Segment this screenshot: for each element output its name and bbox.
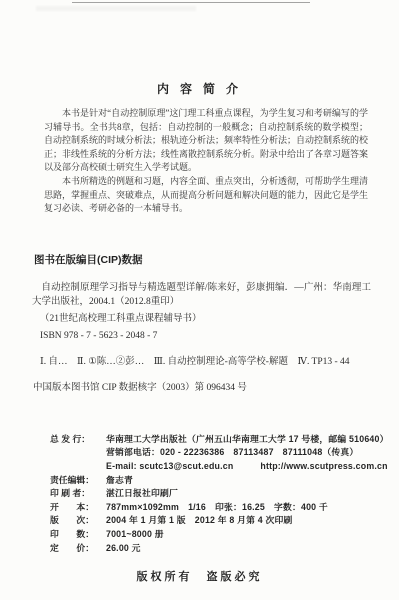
colophon-row-format: 开 本：787mm×1092mm 1/16 印张：16.25 字数：400 千	[50, 501, 399, 515]
cip-entry: 自动控制原理学习指导与精选题型详解/陈来好，彭康拥编．—广州：华南理工大学出版社…	[32, 281, 371, 310]
cip-isbn: ISBN 978 - 7 - 5623 - 2048 - 7	[40, 329, 371, 344]
colophon-value: 詹志青	[106, 475, 133, 485]
scan-artifact-smudge	[36, 6, 196, 11]
colophon-value: 华南理工大学出版社（广州五山华南理工大学 17 号楼，邮编 510640）	[106, 434, 389, 444]
content-summary-paragraph-1: 本书是针对“自动控制原理”这门理工科重点课程，为学生复习和考研编写的学习辅导书。…	[44, 107, 368, 175]
book-copyright-page: 内 容 简 介 本书是针对“自动控制原理”这门理工科重点课程，为学生复习和考研编…	[0, 0, 399, 600]
colophon-value: 营销部电话：020 - 22236386 87113487 87111048（传…	[106, 447, 358, 457]
colophon-label: 定 价：	[50, 542, 106, 556]
colophon-label: 印 数：	[50, 528, 106, 542]
scan-artifact-line	[72, 2, 310, 3]
copyright-notice: 版权所有 盗版必究	[0, 568, 399, 584]
colophon-value: E-mail: scutc13@scut.edu.cn http://www.s…	[106, 461, 388, 471]
cip-classification: Ⅰ. 自… Ⅱ. ①陈…②彭… Ⅲ. 自动控制理论-高等学校-解题 Ⅳ. TP1…	[40, 355, 379, 369]
cip-registry-number: 中国版本图书馆 CIP 数据核字（2003）第 096434 号	[33, 381, 379, 395]
colophon-value: 26.00 元	[106, 543, 141, 553]
colophon-value: 湛江日报社印刷厂	[106, 488, 178, 498]
colophon-label: 版 次：	[50, 514, 106, 528]
content-summary-title: 内 容 简 介	[0, 80, 399, 97]
content-summary-paragraph-2: 本书所精选的例题和习题，内容全面、重点突出，分析透彻，可帮助学生理清思路，掌握重…	[44, 175, 368, 216]
colophon-section: 总 发 行：华南理工大学出版社（广州五山华南理工大学 17 号楼，邮编 5106…	[50, 433, 399, 555]
colophon-label: 开 本：	[50, 501, 106, 515]
colophon-row-edition: 版 次：2004 年 1 月第 1 版 2012 年 8 月第 4 次印刷	[50, 514, 399, 528]
content-summary-section: 内 容 简 介 本书是针对“自动控制原理”这门理工科重点课程，为学生复习和考研编…	[0, 0, 399, 216]
colophon-label: 责任编辑：	[50, 474, 106, 488]
colophon-value: 7001~8000 册	[106, 529, 164, 539]
colophon-row-email: E-mail: scutc13@scut.edu.cn http://www.s…	[50, 460, 399, 474]
cip-header: 图书在版编目(CIP)数据	[34, 252, 399, 267]
cip-series: （21世纪高校理工科重点课程辅导书）	[40, 312, 371, 327]
colophon-row-distributor: 总 发 行：华南理工大学出版社（广州五山华南理工大学 17 号楼，邮编 5106…	[50, 433, 399, 447]
cip-section: 图书在版编目(CIP)数据 自动控制原理学习指导与精选题型详解/陈来好，彭康拥编…	[0, 252, 399, 395]
colophon-row-price: 定 价：26.00 元	[50, 542, 399, 556]
colophon-label: 总 发 行：	[50, 433, 106, 447]
colophon-value: 787mm×1092mm 1/16 印张：16.25 字数：400 千	[106, 502, 328, 512]
colophon-value: 2004 年 1 月第 1 版 2012 年 8 月第 4 次印刷	[106, 515, 293, 525]
colophon-row-print-run: 印 数：7001~8000 册	[50, 528, 399, 542]
colophon-row-phone: 营销部电话：020 - 22236386 87113487 87111048（传…	[50, 446, 399, 460]
colophon-row-editor: 责任编辑：詹志青	[50, 474, 399, 488]
colophon-label: 印 刷 者：	[50, 487, 106, 501]
colophon-row-printer: 印 刷 者：湛江日报社印刷厂	[50, 487, 399, 501]
